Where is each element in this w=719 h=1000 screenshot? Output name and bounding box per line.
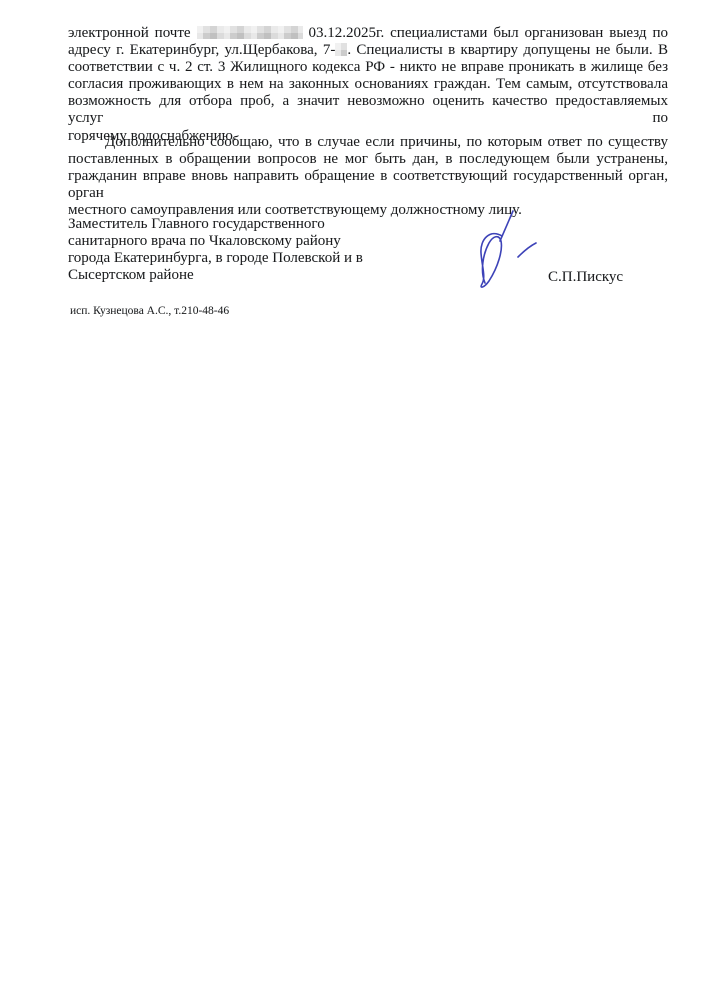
text-run: электронной почте <box>68 25 191 41</box>
paragraph-line: электронной почте 03.12.2025г. специалис… <box>68 25 668 42</box>
executor-note: исп. Кузнецова А.С., т.210-48-46 <box>70 304 229 318</box>
paragraph-line: возможность для отбора проб, а значит не… <box>68 93 668 127</box>
signatory-title-line: Сысертском районе <box>68 267 378 284</box>
signatory-name: С.П.Пискус <box>548 269 623 286</box>
signatory-title: Заместитель Главного государственного са… <box>68 216 378 284</box>
paragraph-line: согласия проживающих в нем на законных о… <box>68 76 668 93</box>
signatory-title-line: Заместитель Главного государственного <box>68 216 378 233</box>
text-run: . Специалисты в квартиру допущены не был… <box>347 42 668 58</box>
body-paragraph-2: Дополнительно сообщаю, что в случае если… <box>68 134 668 219</box>
signatory-title-line: города Екатеринбурга, в городе Полевской… <box>68 250 378 267</box>
text-run: 03.12.2025г. специалистами был организов… <box>308 25 668 41</box>
text-run: адресу г. Екатеринбург, ул.Щербакова, 7- <box>68 42 335 58</box>
paragraph-line: адресу г. Екатеринбург, ул.Щербакова, 7-… <box>68 42 668 59</box>
paragraph-line: поставленных в обращении вопросов не мог… <box>68 151 668 168</box>
redacted-email-block <box>197 26 303 39</box>
paragraph-line: Дополнительно сообщаю, что в случае если… <box>68 134 668 151</box>
body-paragraph-1: электронной почте 03.12.2025г. специалис… <box>68 25 668 145</box>
handwritten-signature <box>472 203 552 298</box>
paragraph-line: гражданин вправе вновь направить обращен… <box>68 168 668 202</box>
signatory-title-line: санитарного врача по Чкаловскому району <box>68 233 378 250</box>
paragraph-line: соответствии с ч. 2 ст. 3 Жилищного коде… <box>68 59 668 76</box>
redacted-apartment-number <box>335 43 347 56</box>
document-page: электронной почте 03.12.2025г. специалис… <box>0 0 719 1000</box>
